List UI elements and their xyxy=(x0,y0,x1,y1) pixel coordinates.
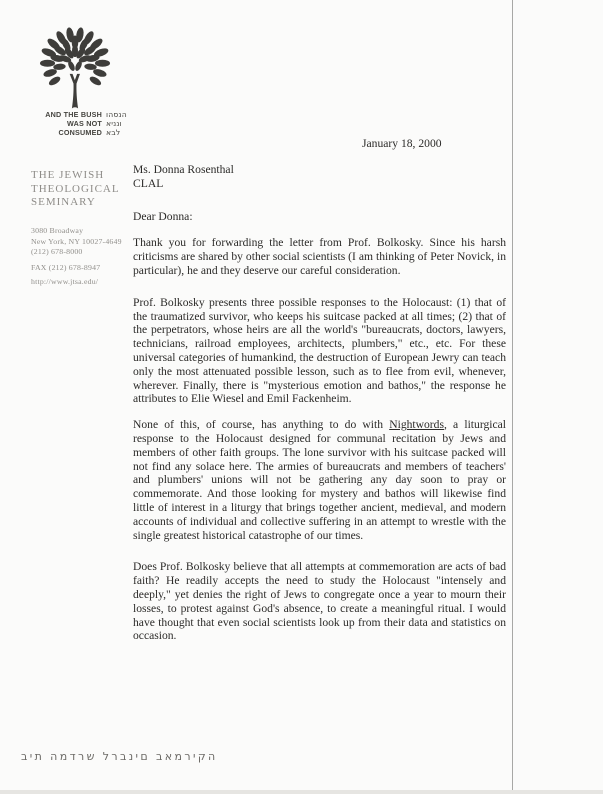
nightwords-underlined-title: Nightwords xyxy=(389,418,444,431)
institution-name: THE JEWISH THEOLOGICAL SEMINARY xyxy=(31,169,136,210)
scan-edge-band xyxy=(0,790,603,794)
salutation: Dear Donna: xyxy=(133,210,506,224)
footer-hebrew-name: בית המדרש לרבנים באמריקה xyxy=(21,750,218,763)
institution-line: THEOLOGICAL xyxy=(31,183,136,197)
tagline-hebrew: אבל xyxy=(106,128,132,137)
body-paragraph-3: None of this, of course, has anything to… xyxy=(133,418,506,542)
tagline-english: WAS NOT xyxy=(67,119,102,128)
burning-bush-logo-icon xyxy=(29,26,121,112)
logo-tagline: AND THE BUSH והסנה WAS NOT איננו CONSUME… xyxy=(26,110,132,137)
recipient-name: Ms. Donna Rosenthal xyxy=(133,163,506,177)
tagline-hebrew: איננו xyxy=(106,119,132,128)
recipient-block: Ms. Donna Rosenthal CLAL xyxy=(133,163,506,191)
address-fax: FAX (212) 678-8947 xyxy=(31,263,141,274)
paragraph-3-text: None of this, of course, has anything to… xyxy=(133,418,389,431)
tagline-hebrew: והסנה xyxy=(106,110,132,119)
tagline-english: AND THE BUSH xyxy=(45,110,102,119)
letter-body: Ms. Donna Rosenthal CLAL Dear Donna: Tha… xyxy=(133,163,506,643)
recipient-org: CLAL xyxy=(133,177,506,191)
institution-line: THE JEWISH xyxy=(31,169,136,183)
scanned-letter-page: AND THE BUSH והסנה WAS NOT איננו CONSUME… xyxy=(0,0,603,794)
institution-line: SEMINARY xyxy=(31,196,136,210)
letter-date: January 18, 2000 xyxy=(362,137,442,150)
address-block: 3080 Broadway New York, NY 10027-4649 (2… xyxy=(31,226,141,288)
body-paragraph-1: Thank you for forwarding the letter from… xyxy=(133,236,506,277)
address-website: http://www.jtsa.edu/ xyxy=(31,277,141,288)
paragraph-3-text: , a liturgical response to the Holocaust… xyxy=(133,418,506,541)
scan-artifact-line xyxy=(512,0,513,794)
tagline-line-3: CONSUMED אבל xyxy=(26,128,132,137)
tagline-line-1: AND THE BUSH והסנה xyxy=(26,110,132,119)
address-phone: (212) 678-8000 xyxy=(31,247,141,258)
body-paragraph-4: Does Prof. Bolkosky believe that all att… xyxy=(133,560,506,643)
address-street: 3080 Broadway xyxy=(31,226,141,237)
body-paragraph-2: Prof. Bolkosky presents three possible r… xyxy=(133,296,506,406)
address-city: New York, NY 10027-4649 xyxy=(31,237,141,248)
tagline-line-2: WAS NOT איננו xyxy=(26,119,132,128)
tagline-english: CONSUMED xyxy=(58,128,102,137)
